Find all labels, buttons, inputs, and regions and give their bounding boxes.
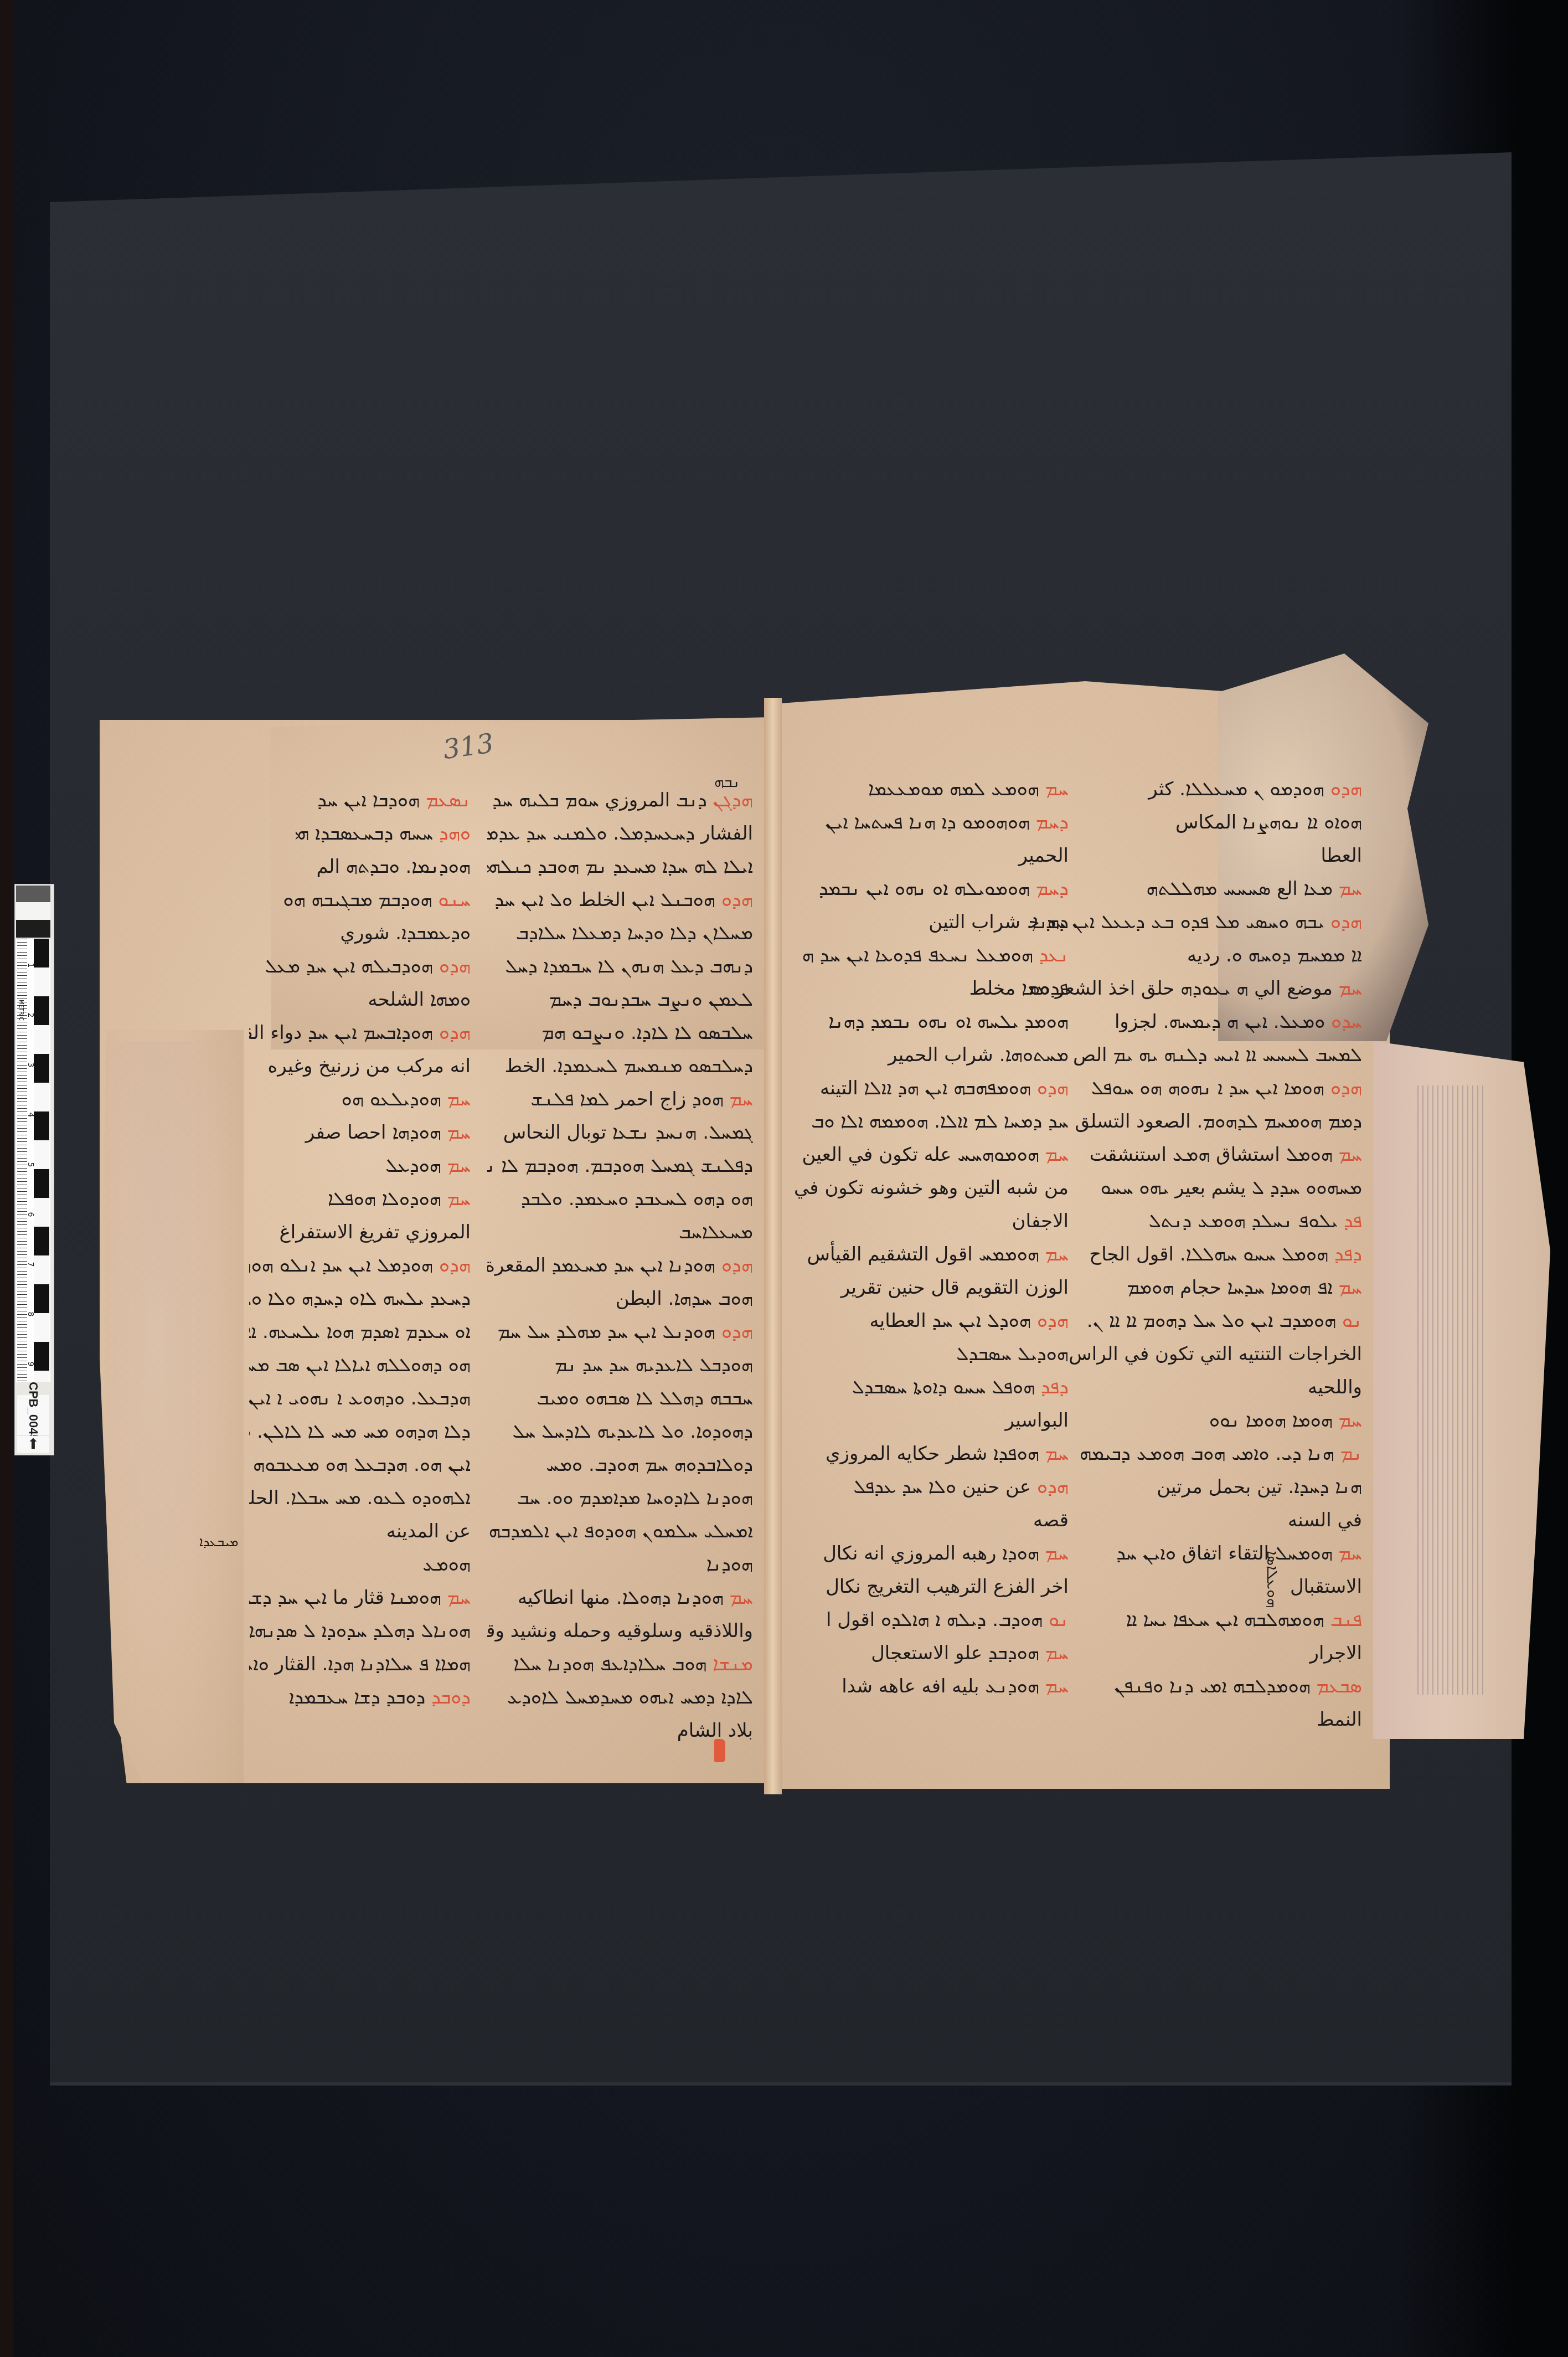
text-line: من شبه التين وهو خشونه تكون في xyxy=(792,1171,1069,1205)
text-line: ܗܘܡܥ xyxy=(249,1548,471,1581)
text-line: ܚܠܒܣܘ ܠܐ ܠܐܕܐ. ܘܢܨܒܘ ܗܡ xyxy=(487,1016,753,1049)
text-line: ܚܡ موضع الي ܗ ܝܥܘܕܗ حلق اخذ الشعر ܡܗܦܕܗ xyxy=(1030,972,1362,1005)
text-line: ܚܡ ܗܘܕܢܥ بليه افه عاهه شدا xyxy=(792,1670,1069,1703)
rubric: ܦܕ xyxy=(1338,1210,1362,1232)
text-line: ܘܡܗܐ الشلحه xyxy=(249,983,471,1016)
text-line: ܚܡ ܐܦ ܗܘܡܐ ܚܕܚܐ حجام ܗܘܡܡ xyxy=(1030,1271,1362,1304)
text-line: عن المدينه xyxy=(249,1515,471,1548)
rubric: ܚܡ xyxy=(1333,1144,1362,1166)
rubric: ܚܡ xyxy=(441,1188,471,1210)
text-line: ܦܢܒ ܗܘܡܗܠܒܗ ܐܝܢ ܚܥܦܐ ܝܚܐ ܐܐ xyxy=(1030,1603,1362,1636)
text-line: ܢܥܕ ܗܘܡܥܠ ܢܚܥܦ ܦܕܘܥܐ ܐܝܢ ܚܕ ܗ xyxy=(792,939,1069,972)
text-line: ܕܚܡ ܗܘܗܘܡܘ ܕܐ ܗܢܐ ܦܚܬܚܐ ܐܝܢ xyxy=(792,806,1069,839)
text-line: ܗܕܘ ܗܘܡܦܗܒܗ ܐܝܢ ܗܕ ܐܐܠܐ التينه xyxy=(792,1072,1069,1105)
text-line: ܗܕܘ ܗܘܕܠ ܐܝܢ ܚܕ العطايه xyxy=(792,1304,1069,1337)
rubric: ܢܣܥܡ xyxy=(420,789,471,811)
text-line: ܗܘܒ ܚܕܗܐ. البطن xyxy=(487,1282,753,1315)
text-line: اخر الفزع الترهيب التغريج نكال xyxy=(792,1570,1069,1603)
right-page-column-right: ܗܕܘ ܗܘܕܡܘ ܢ ܡܚܥܠܠܐ. كثرܗܘܐܘ ܐܐ ܢܘܗܨܢܐ ال… xyxy=(1030,773,1362,1736)
text-line: ܚܡ ܗܘܡܢܐ قثار ما ܐܝܢ ܚܕ ܕܫܠ xyxy=(249,1581,471,1614)
rubric: ܚܡ xyxy=(441,1587,471,1609)
rubric: ܚܡ xyxy=(441,1088,471,1110)
text-line: ܐܠܗܘܕܘ ܠܥܘ. ܡܚ ܚܒܠܐ. الحلو xyxy=(249,1481,471,1515)
text-line: ܗܕܘ ܗܘܕܢܐ ܐܝܢ ܚܕ ܡܚܥܡܕ المقعرة xyxy=(487,1249,753,1282)
text-line: واللحيه xyxy=(1030,1371,1362,1404)
text-line: ܚܡ ܗܘܡܐ ܗܘܡܐ ܢܘܘ xyxy=(1030,1404,1362,1437)
rubric: ܗܕܘ xyxy=(433,1254,471,1277)
text-line: ܗܕܘ ܗܘܕܐܒܚܡ ܐܝܢ ܚܕ دواء القن xyxy=(249,1016,471,1049)
text-line: ܚܢܘ ܗܘܕܒܡ ܡܒܓܝܒܗ ܗܘ xyxy=(249,883,471,917)
right-page-column-left: ܚܡ ܗܘܡܥ ܠܡܗ ܡܘܡܥܥܡܐܕܚܡ ܗܘܗܘܡܘ ܕܐ ܗܢܐ ܦܚܬ… xyxy=(792,773,1069,1703)
text-line: ܘܕܥܡܒܕܐ. شوري xyxy=(249,917,471,950)
text-line: في السنه xyxy=(1030,1504,1362,1537)
text-line: ܗܕܓܢ ܕܢܒ المروزي ܚܘܡ ܒܠܝܗ ܚܕ xyxy=(487,784,753,817)
text-line: ܢܣܥܡ ܗܘܕܒܐ ܐܝܢ ܚܕ xyxy=(249,784,471,817)
rubric: ܚܡ xyxy=(1333,1409,1362,1432)
text-line: ܚܡ ܗܘܕܐ رهبه المروزي انه نكال xyxy=(792,1537,1069,1570)
text-line: انه مركب من زرنيخ وغيره xyxy=(249,1049,471,1083)
text-line: ܚܒܒܗ ܕܗܠܠ ܠܐ ܣܒܗܘ ܘܡܝܒ xyxy=(487,1382,753,1415)
text-line: الخراجات التنتيه التي تكون في الراس xyxy=(1030,1337,1362,1371)
text-line: ܡܢܫܐ ܗܘܒ ܚܠܐܕܐܥܦ ܗܘܕܢܐ ܚܠܐ xyxy=(487,1648,753,1681)
rubric: ܕܘܒܕ xyxy=(425,1686,471,1708)
text-line: ܘܗܕ ܚܚܗ ܕܒܚܥܣܒܕܐ ܗܝ xyxy=(249,817,471,850)
text-line: قصه xyxy=(792,1504,1069,1537)
text-line: ܚܡ ܗܘܕܢܐ ܕܗܘܠܐ. منها انطاكيه xyxy=(487,1581,753,1614)
rubric: ܦܢܒ xyxy=(1324,1609,1362,1631)
text-line: ܕܦܕ ܗܘܦܠ ܚܚܘ ܕܐܘܬܐ ܚܣܒܕܠ xyxy=(792,1371,1069,1404)
text-line: ܗܡܐܐ ܦ ܚܠܐܕܢܐ ܗܕܐ. القثار ܘܐܝܢ xyxy=(249,1648,471,1681)
book-block-edge xyxy=(1417,1085,1484,1695)
text-line: ܐܝܢ ܗܘ. ܗܕܒܥܠ ܗܘ ܡܥܥܒܘܗ xyxy=(249,1448,471,1481)
rubric: ܗܕܘ xyxy=(1324,911,1362,933)
text-line: ܐܝܠܐ ܠܗ ܚܕܐ ܡܚܥܕ ܢܡ ܗܘܒܕ ܟܢܠܗܝ xyxy=(487,850,753,883)
text-line: ܗܘܕܝܠ ܚܣܒܕܠ xyxy=(792,1337,1069,1371)
text-line: العطا xyxy=(1030,839,1362,872)
text-line: الاجرار xyxy=(1030,1636,1362,1670)
text-line: ܡܚܠܐܢ ܕܠܐ ܘܕܚܐ ܕܡܥܠܐ ܚܠܐܕܒ xyxy=(487,917,753,950)
text-line: بلاد الشام xyxy=(487,1714,753,1747)
text-line: ܚܕ ܕܡܚܐ ܠܡ ܐܐܠܐ. ܗܘܡܡܗ ܐܠܐ ܘܒ xyxy=(792,1105,1069,1138)
stain xyxy=(105,1041,238,1739)
rubric: ܚܕܘ xyxy=(1325,1011,1362,1033)
rubric: ܣܒܥܡ xyxy=(1311,1675,1362,1697)
rubric: ܗܕܘ xyxy=(1324,778,1362,800)
rubric: ܗܕܘ xyxy=(715,889,753,911)
rubric: ܗܕܘ xyxy=(1324,1077,1362,1099)
text-line: ܓܡܚܠ. ܗܢܚܕ ܢܫܥܐ توبال النحاس xyxy=(487,1116,753,1149)
text-line: ܚܡ ܡܥܐ الع ܣܚܚܚ ܡܗܠܠܬܗ xyxy=(1030,872,1362,905)
text-line: ܕܘܠܐܒܕܘܗ ܚܡ ܗܘܕܒ. ܘܡܚ xyxy=(487,1448,753,1481)
text-line: ܗܢܐ ܕܚܕܐ. تين بحمل مرتين xyxy=(1030,1470,1362,1504)
text-line: ܕܦܕ ܗܘܡܠ ܚܚܘ ܚܗܠܠܐ. اقول الجاح xyxy=(1030,1238,1362,1271)
rubric: ܗܕܘ xyxy=(433,955,471,977)
text-line: ܢܘ ܗܘܕܒ. ܕܝܠܗ ܐ ܗܐܠܕܘ اقول ا xyxy=(792,1603,1069,1636)
text-line: ܚܡ ܗܘܡܥ ܠܡܗ ܡܘܡܥܥܡܐ xyxy=(792,773,1069,806)
text-line: ܗܕܘ ܗܘܒܢܠ ܐܝܢ الخلط ܘܠ ܐܝܢ ܚܕ xyxy=(487,883,753,917)
text-line: ܚܡ ܗܘܕ زاج احمر ܠܡܐ ܦܠܢܫ xyxy=(487,1083,753,1116)
text-line: ܕܦܠܢܫ ܓܡܚܠ ܗܘܕܒܡ. ܗܘܕܒܡ ܠܐ ܢܗܘ xyxy=(487,1149,753,1182)
text-line: ܚܡ ܗܘܡܠ استشاق ܗܡܥ استنشقت xyxy=(1030,1138,1362,1171)
text-line: ܗܕܘ ܗܘܡܐ ܐܝܢ ܚܕ ܐ ܢܗܘܗ ܗܘ ܚܘܦܠ xyxy=(1030,1072,1362,1105)
rubric: ܗܕܓܢ xyxy=(707,789,753,811)
text-line: ܗܕܘ عن حنين ܘܠܐ ܚܕ ܥܕܦܠ xyxy=(792,1470,1069,1504)
text-line: ܚܡ ܗܘܡܘܗܚܚ عله تكون في العين xyxy=(792,1138,1069,1171)
text-line: البواسير xyxy=(792,1404,1069,1437)
text-line: الحمير xyxy=(792,839,1069,872)
text-line: ܕܢܗܒ ܕܥܠ ܗܢܗܢ ܠܐ ܚܒܡܕܐ ܕܚܠ xyxy=(487,950,753,983)
rubric: ܚܡ xyxy=(1333,977,1362,1000)
text-line: ܗܕܘ ܗܘܕܡܘ ܢ ܡܚܥܠܠܐ. كثر xyxy=(1030,773,1362,806)
rubric: ܘܗܕ xyxy=(433,822,471,845)
text-line: ܕܗܘܕܘܐ. ܘܠ ܠܐܥܕܝܗ ܠܐܕܚܠ ܚܠ xyxy=(487,1415,753,1448)
text-line: ܗܘܕܢܐ xyxy=(487,1548,753,1581)
text-line: ܕܗܢܐ. شراب التين xyxy=(792,905,1069,939)
text-line: ܠܥܡܢ ܘܢܨܒ ܚܒܕܢܘܒ ܕܚܡ xyxy=(487,983,753,1016)
text-line: ܗܘܕܢܐ ܠܐܕܘܚܐ ܡܕܐܡܕܡ ܘܘ. ܚܒ xyxy=(487,1481,753,1515)
text-line: ܗܘܢܐܠ ܕܗܠܕ ܚܕܘܕܐ ܠ ܣܕܢܗܐ xyxy=(249,1614,471,1648)
text-line: ܕܚܥܕ ܝܠܚܗ ܠܐܘ ܕܚܕܗ ܘܠܐ ܘܠܢܥܗ xyxy=(249,1282,471,1315)
rubric: ܚܡ xyxy=(724,1088,753,1110)
rubric: ܗܕܘ xyxy=(715,1321,753,1343)
text-line: ܗܘܐܘ ܐܐ ܢܘܗܨܢܐ المكاس xyxy=(1030,806,1362,839)
text-line: ܚܡ ܗܘܕܒܕ علو الاستعجال xyxy=(792,1636,1069,1670)
text-line: ܗܘܡܕ ܝܠܚܗ ܐܘ ܢܗܘ ܢܒܡܕ ܕܗܢܐ xyxy=(792,1005,1069,1038)
text-line: المروزي تفريغ الاستفراغ xyxy=(249,1216,471,1249)
rubric: ܚܢܘ xyxy=(432,889,471,911)
text-line: ܐܡܚܠܝ ܚܠܡܘܢ ܗܘܕܘܦ ܐܝܢ ܐܠܡܕܒܗ xyxy=(487,1515,753,1548)
rubric: ܚܡ xyxy=(1333,1542,1362,1565)
text-line: ܗܕܘ ܗܘܕܢܠ ܐܝܢ ܚܕ ܡܗܠܕ ܚܠ ܚܡ xyxy=(487,1315,753,1349)
text-line: ܚܕܘ ܘܡܥܠ. ܐܝܢ ܗ ܕܝܡܚܗ. لجزوا xyxy=(1030,1005,1362,1038)
text-line: ܢܘ ܗܘܡܕܒ ܐܝܢ ܘܠ ܚܠ ܕܗܘܡ ܐܐ ܐܐ ܢ. xyxy=(1030,1304,1362,1337)
text-line: ܠܐܕܐ ܕܡܚ ܐܝܗܘ ܡܚܕܡܚܠ ܠܐܘܕܥ xyxy=(487,1681,753,1714)
text-line: الفشار ܕܚܥܚܕܡܠ. ܘܠܡܢܝ ܚܕ ܥܕܡܠ xyxy=(487,817,753,850)
rubric: ܕܦܕ xyxy=(1328,1243,1362,1265)
text-line: ܗܕܘ ܝܒܗ ܘܚܣܝ ܡܠ ܦܕܘ ܒܥ ܕܥܥܠ ܐܝܢ ܚܕ جبيل xyxy=(1030,905,1362,939)
text-line: ܗܘ ܕܗܘ ܠܚܥܒܕ ܘܚܥܡܕ. ܘܠܒܕ xyxy=(487,1182,753,1216)
text-line: ܦܕ ܝܠܘܦ ܢܚܠܕ ܗܘܡܥ ܕܢܬܠ xyxy=(1030,1205,1362,1238)
text-line: ܚܡ ܗܘܦܕܐ شطر حكايه المروزي xyxy=(792,1437,1069,1470)
rubric: ܚܡ xyxy=(1333,1277,1362,1299)
text-line: ܡܚܥܠܐܚܒ xyxy=(487,1216,753,1249)
left-page-column-right: ܗܕܓܢ ܕܢܒ المروزي ܚܘܡ ܒܠܝܗ ܚܕالفشار ܕܚܥܚܕ… xyxy=(487,784,753,1747)
rubric: ܚܡ xyxy=(441,1155,471,1177)
text-line: ܚܡ ܗܘܕܝܠܥܘ ܗܘ xyxy=(249,1083,471,1116)
left-page-column-left: ܢܣܥܡ ܗܘܕܒܐ ܐܝܢ ܚܕܘܗܕ ܚܚܗ ܕܒܚܥܣܒܕܐ ܗܝܗܘܕܢ… xyxy=(249,784,471,1714)
text-line: ܕܚܠܒܣܘ ܡܢܡܚܡ ܠܚܥܡܕܐ. الخط xyxy=(487,1049,753,1083)
text-line: ܚܡ ܗܘܕܥܠ xyxy=(249,1149,471,1182)
rubric: ܚܡ xyxy=(441,1121,471,1144)
text-line: النمط xyxy=(1030,1703,1362,1736)
rubric: ܢܘ xyxy=(1336,1310,1362,1332)
text-line: ܗܘܕܒܠ ܠܐܥܕܝܗ ܚܕ ܚܕ ܢܡ xyxy=(487,1349,753,1382)
text-line: ܢܡ ܗܢܐ ܕܝ. ܘܐܡܝ ܗܘܒ ܗܘܡܥ ܕܒܝܡܗ xyxy=(1030,1437,1362,1470)
text-line: ܡܚܬܘܗܐ. شراب الحمير xyxy=(792,1038,1069,1072)
text-line: ܕܠܐ ܗܕܗܘ ܡܚ ܡܚ ܠܐ ܠܐܠܢ. ܘܦܠܢܥܗ xyxy=(249,1415,471,1448)
text-line: ܚܡ ܗܘܡܡܚ اقول التشقيم القيأس xyxy=(792,1238,1069,1271)
text-line: ܗܘܕܢܡܐ. ܘܒܕܬܗ الم xyxy=(249,850,471,883)
rubric: ܚܡ xyxy=(1333,878,1362,900)
text-line: ܡܚܗܘܘ ܚܕܕ ܠ يشم بعير ܝܗܘ ܚܚܘ xyxy=(1030,1171,1362,1205)
gutter xyxy=(764,698,782,1794)
text-line: واللاذقيه وسلوقيه وحمله ونشيد وقنسرين xyxy=(487,1614,753,1648)
rubric: ܡܢܫܐ xyxy=(707,1653,753,1675)
text-line: ܗܘ ܕܗܘܠܠܗ ܐܝܐܠܐ ܐܝܢ ܣܒ ܡܚܡ xyxy=(249,1349,471,1382)
text-line: الاستقبال xyxy=(1030,1570,1362,1603)
text-line: ܗܕܘ ܗܘܕܡܠ ܐܝܢ ܚܕ ܐܢܠܘ ܗܘܗܘܗ ܡܚܠ xyxy=(249,1249,471,1282)
text-line: ܦܕܘܡܐ مخلط xyxy=(792,972,1069,1005)
text-line: ܕܡܡ ܗܘܡܚܡ ܠܕܗܘܡ. الصعود التسلق xyxy=(1030,1105,1362,1138)
left-margin-note: ܡܝܒܥܕܐ xyxy=(199,1534,238,1550)
rubric: ܗܕܘ xyxy=(433,1022,471,1044)
manuscript: 313 ܢܒܗ ܡܝܒܥܕܐ ܗܘܥܠܐܣܐ ܗܕܓܢ ܕܢܒ المروزي … xyxy=(0,0,1568,2357)
text-line: ܚܡ ܗܘܕܘܠܐ ܗܘܦܠܐ xyxy=(249,1182,471,1216)
rubric: ܗܕܘ xyxy=(715,1254,753,1277)
text-line: ܕܚܡ ܗܘܡܘܝܠܗ ܐܘ ܢܗܘ ܐܝܢ ܢܒܡܕ xyxy=(792,872,1069,905)
text-line: ܠܡܚܒ ܠܚܚܚ ܐܐ ܐܝܚ ܕܠܢܗ ܝܗ ܝܡ الص xyxy=(1030,1038,1362,1072)
text-line: ܐܘ ܚܥܕܡ ܐܣܕܡ ܗܘܐ ܝܠܚܥܗ. ܐܐ ܐܢܝ xyxy=(249,1315,471,1349)
rubric: ܚܡ xyxy=(724,1587,753,1609)
text-line: ܐܐ ܡܡܚܡ ܕܘܚܗ ܘ. رديه xyxy=(1030,939,1362,972)
rubric: ܢܡ xyxy=(1334,1443,1362,1465)
text-line: ܗܕܘ ܗܘܕܒܝܠܗ ܐܝܢ ܚܕ ܡܥܠ xyxy=(249,950,471,983)
text-line: ܚܡ ܗܘܕܗܐ احصا صفر xyxy=(249,1116,471,1149)
text-line: ܕܘܒܕ ܕܘܒܕ ܕܫܐ ܚܥܒܡܕܐ xyxy=(249,1681,471,1714)
text-line: الوزن التقويم قال حنين تقرير xyxy=(792,1271,1069,1304)
text-line: ܗܕܒܥܠ. ܘܕܗܘܥ ܐ ܢܗܘܝ ܐ ܐܝܢ ܗܢ xyxy=(249,1382,471,1415)
text-line: الاجفان xyxy=(792,1205,1069,1238)
text-line: ܚܡ ܗܘܡܚܠ التقاء اتفاق ܘܐܝܢ ܚܕ xyxy=(1030,1537,1362,1570)
text-line: ܣܒܥܡ ܗܘܡܕܠܒܗ ܐܡܝ ܕܢܐ ܘܦܢܦܢ xyxy=(1030,1670,1362,1703)
